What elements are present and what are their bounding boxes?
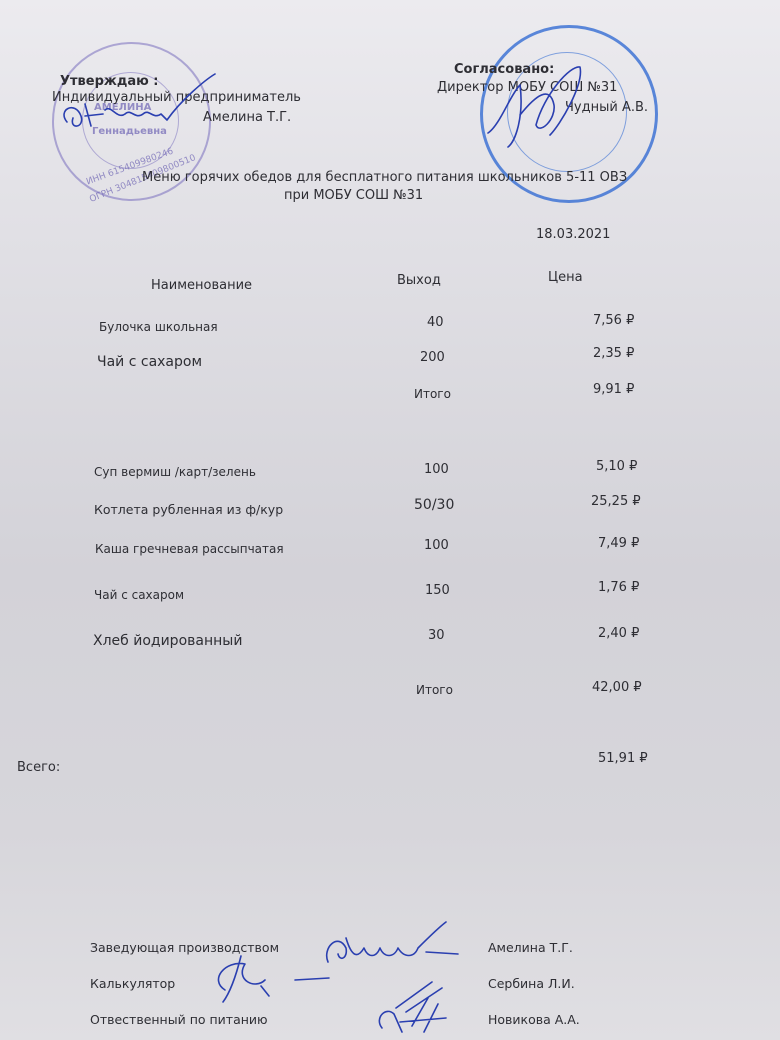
- menu-date: 18.03.2021: [536, 227, 610, 242]
- dish-name: Котлета рубленная из ф/кур: [94, 502, 283, 517]
- subtotal-price: 9,91 ₽: [593, 382, 634, 397]
- signature-role: Отвественный по питанию: [90, 1012, 268, 1027]
- dish-name: Суп вермиш /карт/зелень: [94, 465, 256, 479]
- nutrition-signature-icon: [372, 978, 462, 1040]
- column-header-price: Цена: [548, 270, 583, 285]
- dish-price: 7,56 ₽: [593, 313, 634, 328]
- signature-name: Амелина Т.Г.: [488, 940, 573, 955]
- subtotal-price: 42,00 ₽: [592, 680, 642, 695]
- signature-name: Новикова А.А.: [488, 1012, 580, 1027]
- dish-output: 100: [424, 538, 449, 553]
- dish-name: Чай с сахаром: [94, 588, 184, 602]
- menu-document: АМЕЛИНА Геннадьевна ИНН 615409980246 ОГР…: [0, 0, 780, 1040]
- dish-name: Каша гречневая рассыпчатая: [95, 542, 284, 556]
- dish-price: 2,40 ₽: [598, 626, 639, 641]
- dish-name: Чай с сахаром: [97, 354, 202, 370]
- subtotal-label: Итого: [414, 387, 451, 401]
- dish-output: 200: [420, 350, 445, 365]
- document-subtitle: при МОБУ СОШ №31: [284, 188, 423, 203]
- dish-price: 5,10 ₽: [596, 459, 637, 474]
- dish-price: 1,76 ₽: [598, 580, 639, 595]
- dish-output: 40: [427, 315, 444, 330]
- grand-total-label: Всего:: [17, 760, 60, 775]
- dish-output: 100: [424, 462, 449, 477]
- right-signature-icon: [480, 55, 610, 155]
- column-header-name: Наименование: [151, 278, 252, 293]
- subtotal-label: Итого: [416, 683, 453, 697]
- signature-role: Калькулятор: [90, 976, 175, 991]
- dish-name: Хлеб йодированный: [93, 633, 242, 649]
- signature-name: Сербина Л.И.: [488, 976, 575, 991]
- grand-total-price: 51,91 ₽: [598, 751, 648, 766]
- left-signature-icon: [55, 70, 225, 140]
- document-title: Меню горячих обедов для бесплатного пита…: [142, 170, 627, 185]
- dish-output: 30: [428, 628, 445, 643]
- calculator-signature-icon: [205, 950, 345, 1010]
- dish-price: 7,49 ₽: [598, 536, 639, 551]
- dish-price: 2,35 ₽: [593, 346, 634, 361]
- dish-name: Булочка школьная: [99, 320, 218, 334]
- dish-price: 25,25 ₽: [591, 494, 641, 509]
- dish-output: 50/30: [414, 497, 454, 513]
- dish-output: 150: [425, 583, 450, 598]
- column-header-output: Выход: [397, 273, 441, 288]
